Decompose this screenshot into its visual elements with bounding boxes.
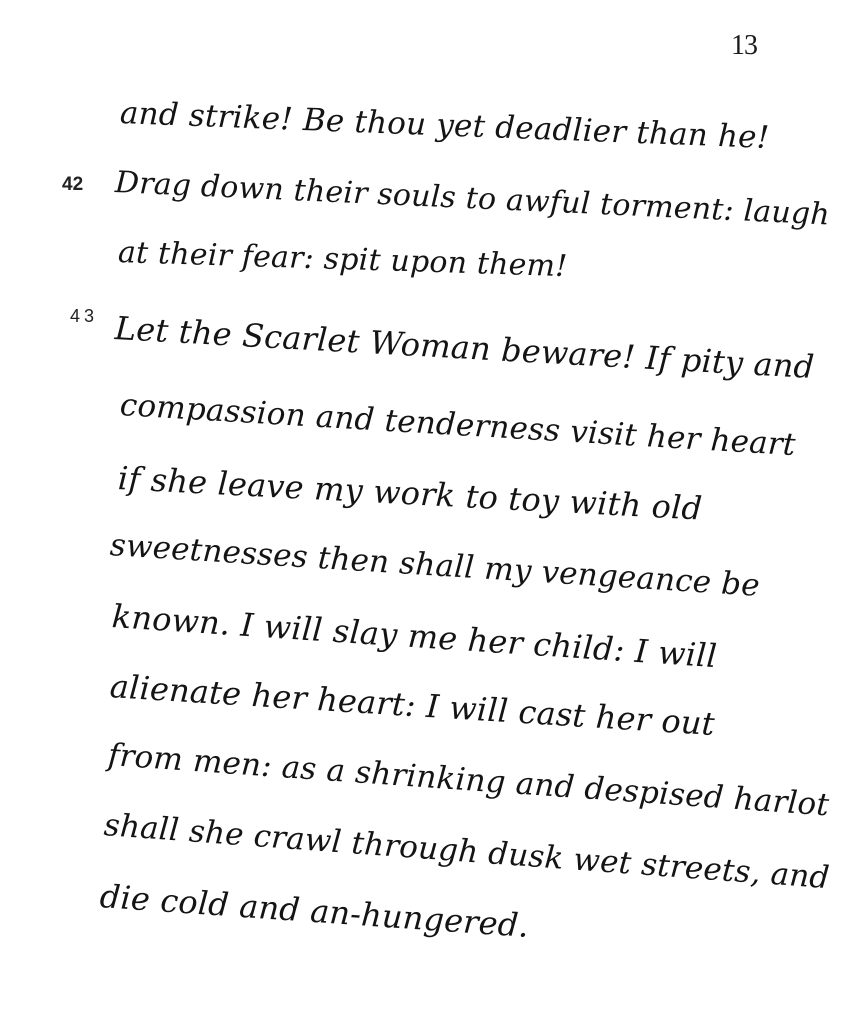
verse-number-43: 43 (70, 306, 98, 327)
manuscript-line-7: sweetnesses then shall my vengeance be (109, 530, 761, 602)
manuscript-line-2: Drag down their souls to awful torment: … (114, 168, 830, 230)
manuscript-line-10: from men: as a shrinking and despised ha… (107, 740, 830, 821)
manuscript-line-6: if she leave my work to toy with old (117, 462, 703, 525)
manuscript-line-9: alienate her heart: I will cast her out (109, 670, 716, 740)
manuscript-line-8: known. I will slay me her child: I will (111, 600, 718, 672)
manuscript-line-11: shall she crawl through dusk wet streets… (103, 810, 831, 894)
manuscript-line-4: Let the Scarlet Woman beware! If pity an… (114, 312, 815, 383)
manuscript-line-3: at their fear: spit upon them! (118, 238, 568, 282)
manuscript-line-12: die cold and an-hungered. (99, 880, 530, 942)
verse-number-42: 42 (62, 174, 83, 196)
manuscript-line-1: and strike! Be thou yet deadlier than he… (119, 98, 770, 154)
page-number: 13 (731, 30, 757, 62)
manuscript-page: 13 42 43 and strike! Be thou yet deadlie… (0, 0, 857, 1024)
manuscript-line-5: compassion and tenderness visit her hear… (119, 390, 796, 461)
